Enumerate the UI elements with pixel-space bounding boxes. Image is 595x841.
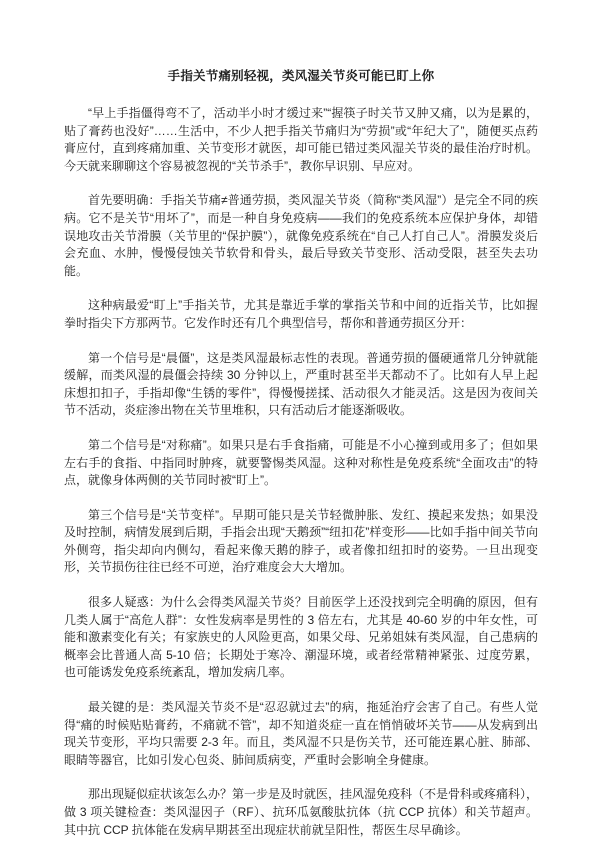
paragraph-what-to-do: 那出现疑似症状该怎么办？第一步是及时就医，挂风湿免疫科（不是骨科或疼痛科），做 … bbox=[64, 786, 538, 839]
paragraph-definition: 首先要明确：手指关节痛≠普通劳损，类风湿关节炎（简称“类风湿”）是完全不同的疾病… bbox=[64, 192, 538, 280]
document-page: 手指关节痛别轻视，类风湿关节炎可能已盯上你 “早上手指僵得弯不了，活动半小时才缓… bbox=[0, 0, 595, 841]
paragraph-intro: “早上手指僵得弯不了，活动半小时才缓过来”“握筷子时关节又肿又痛，以为是累的，贴… bbox=[64, 105, 538, 175]
paragraph-risk-groups: 很多人疑惑：为什么会得类风湿关节炎？目前医学上还没找到完全明确的原因，但有几类人… bbox=[64, 594, 538, 682]
document-title: 手指关节痛别轻视，类风湿关节炎可能已盯上你 bbox=[64, 66, 538, 84]
paragraph-signal-1-morning-stiffness: 第一个信号是“晨僵”，这是类风湿最标志性的表现。普通劳损的僵硬通常几分钟就能缓解… bbox=[64, 350, 538, 420]
paragraph-delay-harm: 最关键的是：类风湿关节炎不是“忍忍就过去”的病，拖延治疗会害了自己。有些人觉得“… bbox=[64, 699, 538, 769]
paragraph-signal-3-joint-deformity: 第三个信号是“关节变样”。早期可能只是关节轻微肿胀、发红、摸起来发热；如果没及时… bbox=[64, 507, 538, 577]
paragraph-target-joints: 这种病最爱“盯上”手指关节，尤其是靠近手掌的掌指关节和中间的近指关节，比如握拳时… bbox=[64, 297, 538, 332]
paragraph-signal-2-symmetric-pain: 第二个信号是“对称痛”。如果只是右手食指痛，可能是不小心撞到或用多了；但如果左右… bbox=[64, 437, 538, 490]
